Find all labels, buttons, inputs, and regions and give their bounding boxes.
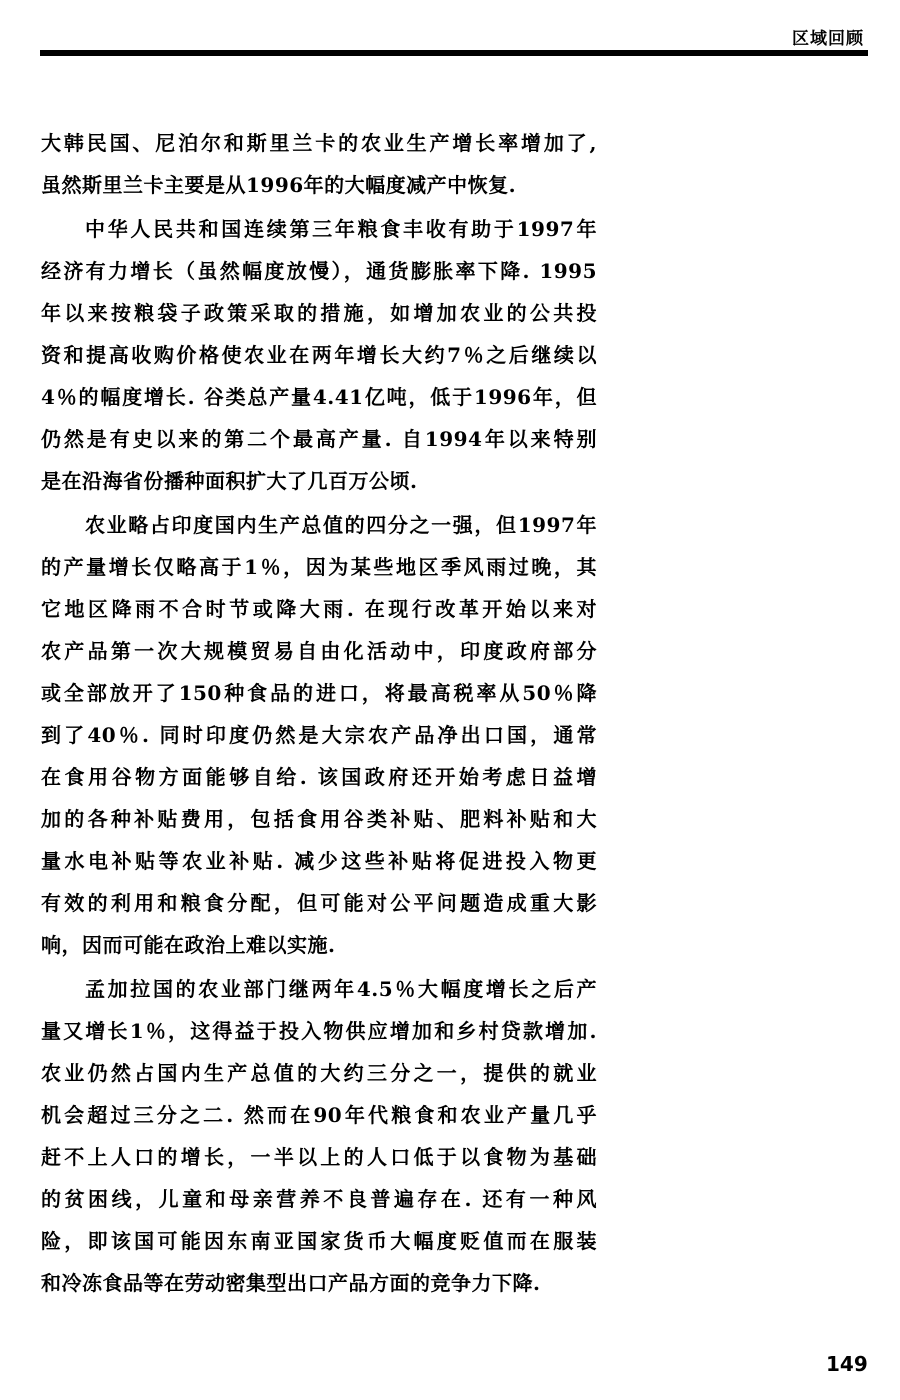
text-line: 资和提高收购价格使农业在两年增长大约7％之后继续以	[41, 334, 597, 376]
text-line: 到了40％. 同时印度仍然是大宗农产品净出口国，通常	[41, 714, 597, 756]
text-line: 农产品第一次大规模贸易自由化活动中，印度政府部分	[41, 630, 597, 672]
text-line: 它地区降雨不合时节或降大雨. 在现行改革开始以来对	[41, 588, 597, 630]
text-line: 农业略占印度国内生产总值的四分之一强，但1997年	[41, 504, 597, 546]
text-line: 中华人民共和国连续第三年粮食丰收有助于1997年	[41, 208, 597, 250]
body-text: 大韩民国、尼泊尔和斯里兰卡的农业生产增长率增加了, 虽然斯里兰卡主要是从1996…	[41, 122, 597, 1304]
text-line: 农业仍然占国内生产总值的大约三分之一，提供的就业	[41, 1052, 597, 1094]
text-line: 的产量增长仅略高于1％，因为某些地区季风雨过晚，其	[41, 546, 597, 588]
text-line: 量水电补贴等农业补贴. 减少这些补贴将促进投入物更	[41, 840, 597, 882]
text-line: 和冷冻食品等在劳动密集型出口产品方面的竞争力下降.	[41, 1262, 597, 1304]
text-line: 有效的利用和粮食分配，但可能对公平问题造成重大影	[41, 882, 597, 924]
running-header-title: 区域回顾	[792, 24, 864, 49]
text-line: 是在沿海省份播种面积扩大了几百万公顷.	[41, 460, 597, 502]
text-line: 大韩民国、尼泊尔和斯里兰卡的农业生产增长率增加了,	[41, 122, 597, 164]
text-line: 机会超过三分之二. 然而在90年代粮食和农业产量几乎	[41, 1094, 597, 1136]
text-line: 仍然是有史以来的第二个最高产量. 自1994年以来特别	[41, 418, 597, 460]
paragraph-1: 大韩民国、尼泊尔和斯里兰卡的农业生产增长率增加了, 虽然斯里兰卡主要是从1996…	[41, 122, 597, 206]
text-line: 虽然斯里兰卡主要是从1996年的大幅度减产中恢复.	[41, 164, 597, 206]
text-line: 在食用谷物方面能够自给. 该国政府还开始考虑日益增	[41, 756, 597, 798]
text-line: 量又增长1％，这得益于投入物供应增加和乡村贷款增加.	[41, 1010, 597, 1052]
page-number: 149	[826, 1352, 868, 1376]
header-rule	[40, 50, 868, 56]
text-line: 4％的幅度增长. 谷类总产量4.41亿吨，低于1996年，但	[41, 376, 597, 418]
text-line: 经济有力增长（虽然幅度放慢），通货膨胀率下降. 1995	[41, 250, 597, 292]
text-line: 加的各种补贴费用，包括食用谷类补贴、肥料补贴和大	[41, 798, 597, 840]
paragraph-4: 孟加拉国的农业部门继两年4.5％大幅度增长之后产 量又增长1％，这得益于投入物供…	[41, 968, 597, 1304]
paragraph-3: 农业略占印度国内生产总值的四分之一强，但1997年 的产量增长仅略高于1％，因为…	[41, 504, 597, 966]
text-line: 险，即该国可能因东南亚国家货币大幅度贬值而在服装	[41, 1220, 597, 1262]
text-line: 年以来按粮袋子政策采取的措施，如增加农业的公共投	[41, 292, 597, 334]
text-line: 响，因而可能在政治上难以实施.	[41, 924, 597, 966]
text-line: 或全部放开了150种食品的进口，将最高税率从50％降	[41, 672, 597, 714]
paragraph-2: 中华人民共和国连续第三年粮食丰收有助于1997年 经济有力增长（虽然幅度放慢），…	[41, 208, 597, 502]
text-line: 的贫困线，儿童和母亲营养不良普遍存在. 还有一种风	[41, 1178, 597, 1220]
text-line: 孟加拉国的农业部门继两年4.5％大幅度增长之后产	[41, 968, 597, 1010]
text-line: 赶不上人口的增长，一半以上的人口低于以食物为基础	[41, 1136, 597, 1178]
